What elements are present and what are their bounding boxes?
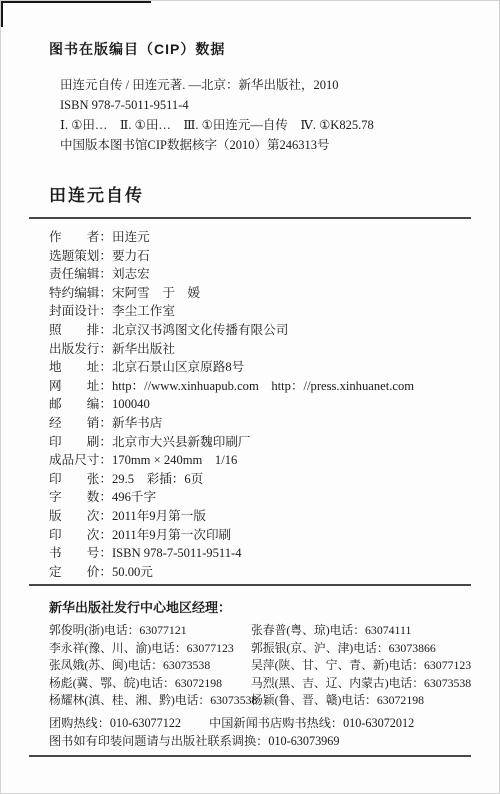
group-purchase-hotline: 团购热线：010-63077122 (49, 716, 181, 730)
info-label: 字 数： (49, 490, 112, 504)
info-row-special-editor: 特约编辑：宋阿雪 于 媛 (49, 284, 473, 303)
info-value: 田连元 (112, 230, 150, 244)
info-label: 地 址： (49, 360, 112, 374)
info-label: 印 刷： (49, 435, 112, 449)
info-row-editor: 责任编辑：刘志宏 (49, 265, 473, 284)
info-row-edition: 版 次：2011年9月第一版 (49, 507, 473, 526)
info-value: 新华出版社 (112, 342, 175, 356)
info-value: 170mm × 240mm 1/16 (112, 453, 237, 467)
cip-section: 图书在版编目（CIP）数据 田连元自传 / 田连元著. —北京：新华出版社，20… (49, 1, 473, 155)
scan-artifact-left (1, 1, 3, 27)
info-label: 经 销： (49, 416, 112, 430)
info-row-address: 地 址：北京石景山区京原路8号 (49, 358, 473, 377)
info-value: 100040 (112, 397, 150, 411)
info-value: 宋阿雪 于 媛 (112, 286, 200, 300)
info-value: 50.00元 (112, 565, 153, 579)
divider-under-title (29, 217, 471, 219)
contact-entry: 郭俊明(浙)电话：63077121 (49, 622, 251, 639)
info-row-postcode: 邮 编：100040 (49, 395, 473, 414)
contact-entry: 吴萍(陕、甘、宁、青、新)电话：63077123 (251, 657, 489, 674)
info-label: 网 址： (49, 379, 112, 393)
info-row-author: 作 者：田连元 (49, 228, 473, 247)
contact-entry: 马烈(黑、吉、辽、内蒙古)电话：63073538 (251, 675, 489, 692)
contact-entry: 李永祥(豫、川、渝)电话：63077123 (49, 640, 251, 657)
info-row-cover-design: 封面设计：李尘工作室 (49, 302, 473, 321)
contact-entry: 杨颖(鲁、晋、赣)电话：63072198 (251, 692, 489, 709)
info-value: 刘志宏 (112, 267, 150, 281)
publication-info-list: 作 者：田连元 选题策划：要力石 责任编辑：刘志宏 特约编辑：宋阿雪 于 媛 封… (49, 228, 473, 581)
info-value: 要力石 (112, 249, 150, 263)
cip-classification-line: Ⅰ. ①田… Ⅱ. ①田… Ⅲ. ①田连元—自传 Ⅳ. ①K825.78 (60, 115, 473, 135)
info-label: 作 者： (49, 230, 112, 244)
info-row-sheets: 印 张：29.5 彩插：6页 (49, 470, 473, 489)
info-label: 出版发行： (49, 342, 112, 356)
info-row-publisher: 出版发行：新华出版社 (49, 340, 473, 359)
info-label: 印 次： (49, 528, 112, 542)
cip-record-number-line: 中国版本图书馆CIP数据核字（2010）第246313号 (60, 135, 473, 155)
bookstore-hotline: 中国新闻书店购书热线：010-63072012 (209, 716, 414, 730)
info-value: 北京石景山区京原路8号 (112, 360, 244, 374)
info-row-printer: 印 刷：北京市大兴县新魏印刷厂 (49, 433, 473, 452)
info-label: 选题策划： (49, 249, 112, 263)
info-row-website: 网 址：http：//www.xinhuapub.com http：//pres… (49, 377, 473, 396)
info-row-isbn: 书 号：ISBN 978-7-5011-9511-4 (49, 544, 473, 563)
cip-body: 田连元自传 / 田连元著. —北京：新华出版社，2010 ISBN 978-7-… (60, 75, 473, 155)
copyright-page: 图书在版编目（CIP）数据 田连元自传 / 田连元著. —北京：新华出版社，20… (0, 0, 500, 794)
info-label: 封面设计： (49, 304, 112, 318)
hotlines-line: 团购热线：010-63077122中国新闻书店购书热线：010-63072012 (49, 715, 471, 733)
info-row-price: 定 价：50.00元 (49, 563, 473, 582)
info-label: 照 排： (49, 323, 112, 337)
info-value: 李尘工作室 (112, 304, 175, 318)
info-value: 496千字 (112, 490, 156, 504)
contact-entry: 张春普(粤、琼)电话：63074111 (251, 622, 489, 639)
divider-bottom (29, 755, 471, 757)
cip-description-line: 田连元自传 / 田连元著. —北京：新华出版社，2010 (60, 75, 473, 95)
info-row-distributor: 经 销：新华书店 (49, 414, 473, 433)
info-label: 版 次： (49, 509, 112, 523)
contact-entry: 郭振银(京、沪、津)电话：63073866 (251, 640, 489, 657)
info-label: 定 价： (49, 565, 112, 579)
exchange-notice: 图书如有印装问题请与出版社联系调换：010-63073969 (49, 733, 471, 751)
info-row-planning: 选题策划：要力石 (49, 247, 473, 266)
info-value: 北京汉书鸿图文化传播有限公司 (112, 323, 288, 337)
info-label: 成品尺寸： (49, 453, 112, 467)
contact-entry: 杨耀林(滇、桂、湘、黔)电话：63073538 (49, 692, 251, 709)
contact-entry: 杨彪(冀、鄂、皖)电话：63072198 (49, 675, 251, 692)
distribution-heading: 新华出版社发行中心地区经理： (49, 600, 471, 616)
info-value: 29.5 彩插：6页 (112, 472, 203, 486)
info-value: 北京市大兴县新魏印刷厂 (112, 435, 251, 449)
divider-above-distribution (29, 584, 471, 586)
info-label: 邮 编： (49, 397, 112, 411)
scan-artifact-top (1, 1, 151, 3)
info-row-printing: 印 次：2011年9月第一次印刷 (49, 526, 473, 545)
book-title: 田连元自传 (49, 185, 471, 207)
info-label: 书 号： (49, 546, 112, 560)
info-value: 2011年9月第一次印刷 (112, 528, 231, 542)
cip-isbn-line: ISBN 978-7-5011-9511-4 (60, 95, 473, 115)
info-label: 印 张： (49, 472, 112, 486)
cip-heading: 图书在版编目（CIP）数据 (49, 41, 473, 58)
info-value: http：//www.xinhuapub.com http：//press.xi… (112, 379, 414, 393)
info-row-typesetting: 照 排：北京汉书鸿图文化传播有限公司 (49, 321, 473, 340)
info-label: 责任编辑： (49, 267, 112, 281)
info-row-word-count: 字 数：496千字 (49, 488, 473, 507)
info-value: 2011年9月第一版 (112, 509, 206, 523)
contact-entry: 张凤娥(苏、闽)电话：63073538 (49, 657, 251, 674)
info-row-dimensions: 成品尺寸：170mm × 240mm 1/16 (49, 451, 473, 470)
regional-manager-contacts: 郭俊明(浙)电话：63077121 张春普(粤、琼)电话：63074111 李永… (49, 622, 489, 709)
info-label: 特约编辑： (49, 286, 112, 300)
info-value: ISBN 978-7-5011-9511-4 (112, 546, 242, 560)
info-value: 新华书店 (112, 416, 162, 430)
